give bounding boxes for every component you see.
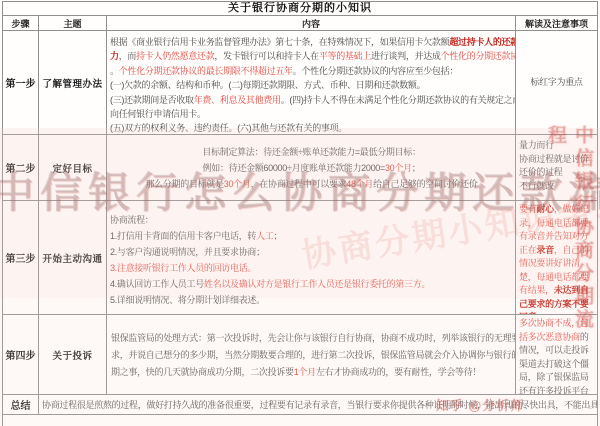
- document-page: 关于银行协商分期的小知识 步骤 主题 内容 解读及注意事项 第一步 了解管理办法…: [0, 0, 600, 426]
- step-1-label: 第一步: [3, 31, 39, 135]
- content-summary: 协商过程很是煎熬的过程，做好打持久战的准备很重要，过程要有记录有录音，当银行要求…: [39, 395, 597, 415]
- step-3-label: 第三步: [3, 201, 39, 315]
- page-title: 关于银行协商分期的小知识: [3, 2, 597, 16]
- step-4-label: 第四步: [3, 315, 39, 395]
- header-step: 步骤: [3, 16, 39, 31]
- content-3: 协商流程：1.打信用卡背面的信用卡客户电话，转人工；2.与客户沟通说明情况，并且…: [107, 201, 516, 315]
- content-2: 目标制定算法：待还金额÷账单还款能力=最低分期目标：例如：待还金额60000÷月…: [107, 135, 516, 201]
- content-1: 根据《商业银行信用卡业务监督管理办法》第七十条，在特殊情况下，如果信用卡欠款额超…: [107, 31, 516, 135]
- header-content: 内容: [107, 16, 516, 31]
- note-4: 多次协商不成，包括多次恶意协商的情况，可以走投诉渠道去打破这个僵局，除了银保监局…: [516, 315, 597, 395]
- header-notes: 解读及注意事项: [516, 16, 597, 31]
- knowledge-table: 关于银行协商分期的小知识 步骤 主题 内容 解读及注意事项 第一步 了解管理办法…: [2, 1, 598, 426]
- note-3: 要有耐心，做好记录，每通电话都要有录音并告知对方正在录音，自己的情况要讲好讲清楚…: [516, 201, 597, 315]
- note-1: 标红字为重点: [516, 31, 597, 135]
- step-2-label: 第二步: [3, 135, 39, 201]
- topic-1: 了解管理办法: [39, 31, 107, 135]
- note-2: 量力而行协商过程就是讨价还价的过程不行就改: [516, 135, 597, 201]
- step-summary-label: 总结: [3, 395, 39, 415]
- header-topic: 主题: [39, 16, 107, 31]
- topic-3: 开始主动沟通: [39, 201, 107, 315]
- table: 步骤 主题 内容 解读及注意事项 第一步 了解管理办法 根据《商业银行信用卡业务…: [3, 16, 597, 415]
- content-4: 银保监管局的处理方式：第一次投诉时，先会让你与该银行自行协商，协商不成功时，列举…: [107, 315, 516, 395]
- topic-4: 关于投诉: [39, 315, 107, 395]
- topic-2: 定好目标: [39, 135, 107, 201]
